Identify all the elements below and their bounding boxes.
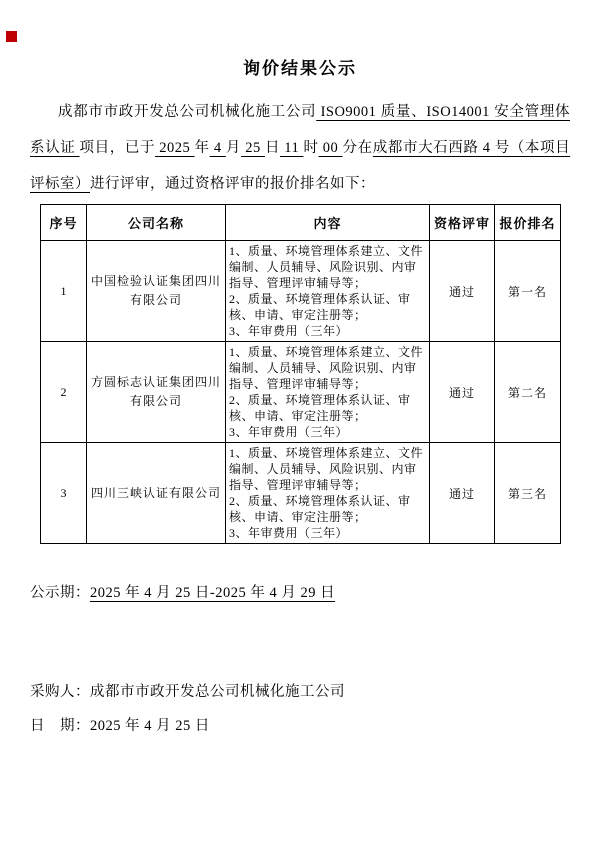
cell-rank: 第二名 <box>495 342 561 443</box>
cell-qualification: 通过 <box>430 342 495 443</box>
header-rank: 报价排名 <box>495 205 561 241</box>
underlined-text-segment: 11 <box>280 140 303 156</box>
intro-paragraph: 成都市市政开发总公司机械化施工公司 ISO9001 质量、ISO14001 安全… <box>30 94 570 202</box>
header-company: 公司名称 <box>87 205 226 241</box>
text-segment: 项目，已于 <box>80 140 156 156</box>
text-segment: 年 <box>195 140 210 156</box>
table-header-row: 序号 公司名称 内容 资格评审 报价排名 <box>41 205 561 241</box>
publicity-label: 公示期： <box>30 585 90 601</box>
cell-company: 中国检验认证集团四川有限公司 <box>87 241 226 342</box>
underlined-text-segment: 25 <box>241 140 265 156</box>
cell-rank: 第三名 <box>495 443 561 544</box>
content-line: 3、年审费用（三年） <box>229 525 426 541</box>
cell-qualification: 通过 <box>430 443 495 544</box>
text-segment: 进行评审，通过资格评审的报价排名如下： <box>90 176 375 192</box>
cell-content: 1、质量、环境管理体系建立、文件编制、人员辅导、风险识别、内审指导、管理评审辅导… <box>226 443 430 544</box>
cell-company: 四川三峡认证有限公司 <box>87 443 226 544</box>
underlined-text-segment: 4 <box>210 140 226 156</box>
results-table: 序号 公司名称 内容 资格评审 报价排名 1 中国检验认证集团四川有限公司 1、… <box>40 204 561 544</box>
table-row: 2 方圆标志认证集团四川有限公司 1、质量、环境管理体系建立、文件编制、人员辅导… <box>41 342 561 443</box>
announcement-document: 询价结果公示 成都市市政开发总公司机械化施工公司 ISO9001 质量、ISO1… <box>0 54 600 735</box>
header-no: 序号 <box>41 205 87 241</box>
cell-company: 方圆标志认证集团四川有限公司 <box>87 342 226 443</box>
cell-content: 1、质量、环境管理体系建立、文件编制、人员辅导、风险识别、内审指导、管理评审辅导… <box>226 342 430 443</box>
text-segment: 月 <box>226 140 241 156</box>
document-page: { "title": "询价结果公示", "colors": { "corner… <box>0 0 600 845</box>
text-segment: 分在 <box>343 140 373 156</box>
text-segment: 成都市市政开发总公司机械化施工公司 <box>58 104 316 120</box>
table-row: 3 四川三峡认证有限公司 1、质量、环境管理体系建立、文件编制、人员辅导、风险识… <box>41 443 561 544</box>
underlined-text-segment: 00 <box>319 140 343 156</box>
header-qualification: 资格评审 <box>430 205 495 241</box>
cell-rank: 第一名 <box>495 241 561 342</box>
text-segment: 日 <box>265 140 280 156</box>
red-corner-marker <box>6 31 17 42</box>
content-line: 3、年审费用（三年） <box>229 323 426 339</box>
content-line: 2、质量、环境管理体系认证、审核、申请、审定注册等； <box>229 392 426 424</box>
page-title: 询价结果公示 <box>30 54 570 79</box>
content-line: 3、年审费用（三年） <box>229 424 426 440</box>
cell-no: 2 <box>41 342 87 443</box>
content-line: 2、质量、环境管理体系认证、审核、申请、审定注册等； <box>229 493 426 525</box>
text-segment: 时 <box>303 140 318 156</box>
content-line: 1、质量、环境管理体系建立、文件编制、人员辅导、风险识别、内审指导、管理评审辅导… <box>229 243 426 291</box>
cell-content: 1、质量、环境管理体系建立、文件编制、人员辅导、风险识别、内审指导、管理评审辅导… <box>226 241 430 342</box>
publicity-value: 2025 年 4 月 25 日-2025 年 4 月 29 日 <box>90 585 335 601</box>
publicity-period: 公示期：2025 年 4 月 25 日-2025 年 4 月 29 日 <box>30 581 570 602</box>
cell-qualification: 通过 <box>430 241 495 342</box>
cell-no: 3 <box>41 443 87 544</box>
content-line: 2、质量、环境管理体系认证、审核、申请、审定注册等； <box>229 291 426 323</box>
purchaser-line: 采购人：成都市市政开发总公司机械化施工公司 <box>30 680 570 701</box>
content-line: 1、质量、环境管理体系建立、文件编制、人员辅导、风险识别、内审指导、管理评审辅导… <box>229 445 426 493</box>
content-line: 1、质量、环境管理体系建立、文件编制、人员辅导、风险识别、内审指导、管理评审辅导… <box>229 344 426 392</box>
cell-no: 1 <box>41 241 87 342</box>
date-line: 日 期：2025 年 4 月 25 日 <box>30 714 570 735</box>
header-content: 内容 <box>226 205 430 241</box>
table-row: 1 中国检验认证集团四川有限公司 1、质量、环境管理体系建立、文件编制、人员辅导… <box>41 241 561 342</box>
underlined-text-segment: 2025 <box>155 140 194 156</box>
